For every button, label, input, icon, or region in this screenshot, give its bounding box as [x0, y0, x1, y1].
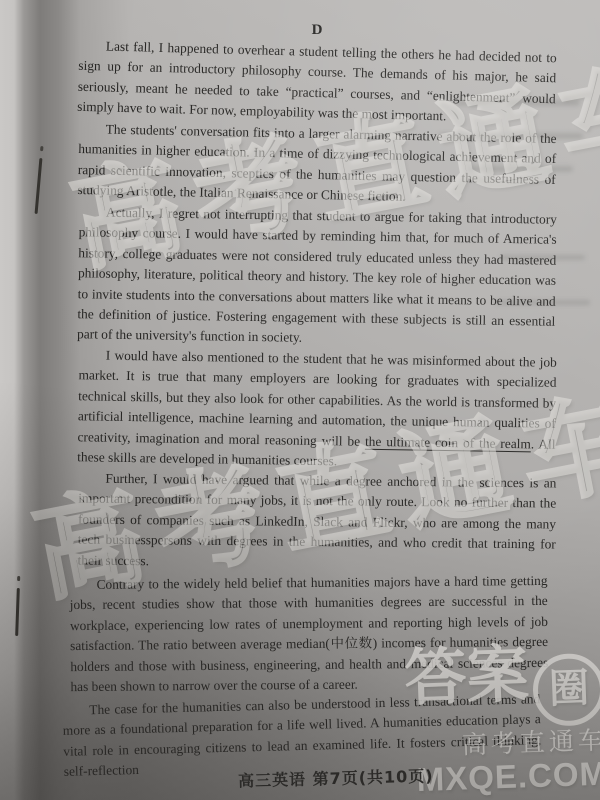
- staple-mark: [15, 588, 20, 636]
- passage-paragraph-4: I would have also mentioned to the stude…: [77, 345, 557, 475]
- underlined-phrase: the ultimate coin of the realm: [365, 433, 531, 451]
- reading-passage: D Last fall, I happened to overhear a st…: [78, 20, 556, 777]
- passage-paragraph-5: Further, I would have argued that while …: [77, 468, 556, 575]
- passage-paragraph-1: Last fall, I happened to overhear a stud…: [77, 36, 557, 130]
- passage-paragraph-2: The students' conversation fits into a l…: [77, 119, 557, 211]
- staple-mark: [35, 158, 43, 214]
- passage-paragraph-3: Actually, I regret not interrupting that…: [77, 202, 557, 352]
- paragraph-4-text: I would have also mentioned to the stude…: [77, 347, 556, 448]
- passage-paragraph-6: Contrary to the widely held belief that …: [69, 571, 548, 698]
- photographed-exam-page: D Last fall, I happened to overhear a st…: [0, 0, 600, 800]
- page-footer: 高三英语 第7页(共10页): [238, 763, 434, 791]
